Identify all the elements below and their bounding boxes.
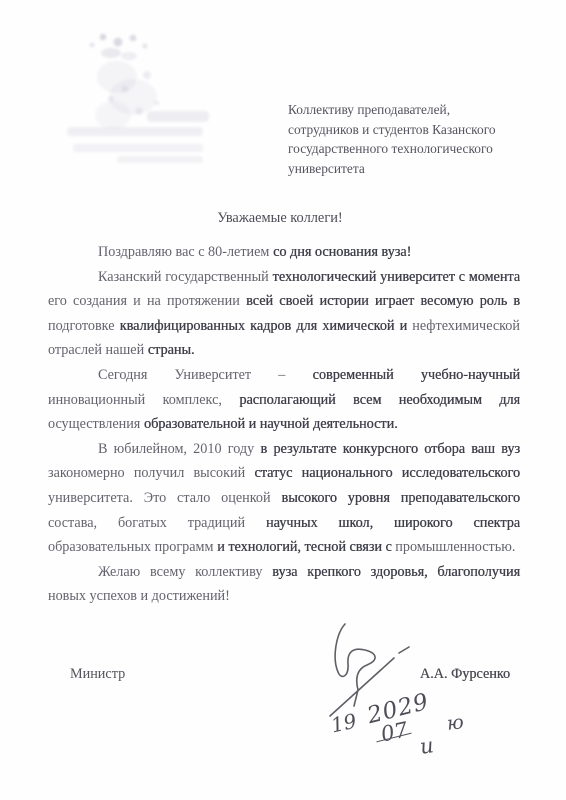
signature-row: Министр А.А. Фурсенко (48, 666, 510, 683)
coat-of-arms-icon (55, 25, 250, 175)
text-run: страны. (148, 342, 195, 358)
text-run: осуществления (48, 416, 144, 432)
letter-body: Поздравляю вас с 80-летием со дня основа… (48, 240, 520, 609)
address-line: университета (288, 159, 513, 179)
text-run: технологический университет с момента (273, 269, 520, 285)
text-run: высокого уровня преподавательского (281, 490, 520, 506)
text-run: его создания и на протяжении (48, 293, 246, 309)
text-run: Казанский государственный (98, 269, 273, 285)
scanned-letter-page: Коллективу преподавателей, сотрудников и… (0, 0, 566, 800)
text-run: инновационный комплекс, (48, 392, 239, 408)
text-run: В юбилейном, 2010 году (98, 441, 260, 457)
text-run: современный учебно-научный (313, 367, 520, 383)
text-run: всей своей истории играет весомую роль в (246, 293, 520, 309)
recipient-address: Коллективу преподавателей, сотрудников и… (288, 100, 513, 178)
text-run: статус национального исследовательского (254, 465, 520, 481)
text-run: научных школ, широкого спектра (266, 515, 520, 531)
signer-title: Министр (70, 666, 125, 683)
text-run: и технологий, тесной связи с (217, 539, 395, 555)
text-run: состава, богатых традиций (48, 515, 266, 531)
handwritten-mark: ю (446, 711, 465, 735)
paragraph-wishes: Желаю всему коллективу вуза крепкого здо… (48, 560, 520, 609)
text-run: Желаю всему коллективу (98, 564, 272, 580)
text-run: новых успехов и достижений! (48, 588, 230, 604)
text-run: образовательных программ (48, 539, 217, 555)
text-run: университета. Это стало оценкой (48, 490, 281, 506)
salutation: Уважаемые коллеги! (0, 210, 560, 227)
text-run: Поздравляю вас с 80-летием (98, 244, 273, 260)
handwritten-month: 07 (379, 717, 410, 746)
address-line: государственного технологического (288, 139, 513, 159)
address-line: сотрудников и студентов Казанского (288, 120, 513, 140)
text-run: вуза крепкого здоровья, благополучия (272, 564, 520, 580)
text-run: со дня основания вуза! (273, 244, 411, 260)
text-run: Сегодня Университет – (98, 367, 313, 383)
text-run: располагающий всем необходимым для (239, 392, 520, 408)
handwritten-mark: и (418, 733, 435, 759)
address-line: Коллективу преподавателей, (288, 100, 513, 120)
text-run: квалифицированных кадров для химической … (120, 318, 413, 334)
text-run: закономерно получил высокий (48, 465, 254, 481)
letterhead-stamp (55, 25, 250, 175)
signer-name: А.А. Фурсенко (420, 666, 510, 683)
paragraph-today: Сегодня Университет – современный учебно… (48, 363, 520, 437)
text-run: промышленностью. (395, 539, 515, 555)
text-run: образовательной и научной деятельности. (144, 416, 398, 432)
text-run: подготовке (48, 318, 120, 334)
handwritten-day: 19 (329, 709, 359, 738)
text-run: в результате конкурсного отбора ваш вуз (260, 441, 520, 457)
paragraph-greeting: Поздравляю вас с 80-летием со дня основа… (48, 240, 520, 265)
paragraph-history: Казанский государственный технологически… (48, 265, 520, 363)
paragraph-status: В юбилейном, 2010 году в результате конк… (48, 437, 520, 560)
